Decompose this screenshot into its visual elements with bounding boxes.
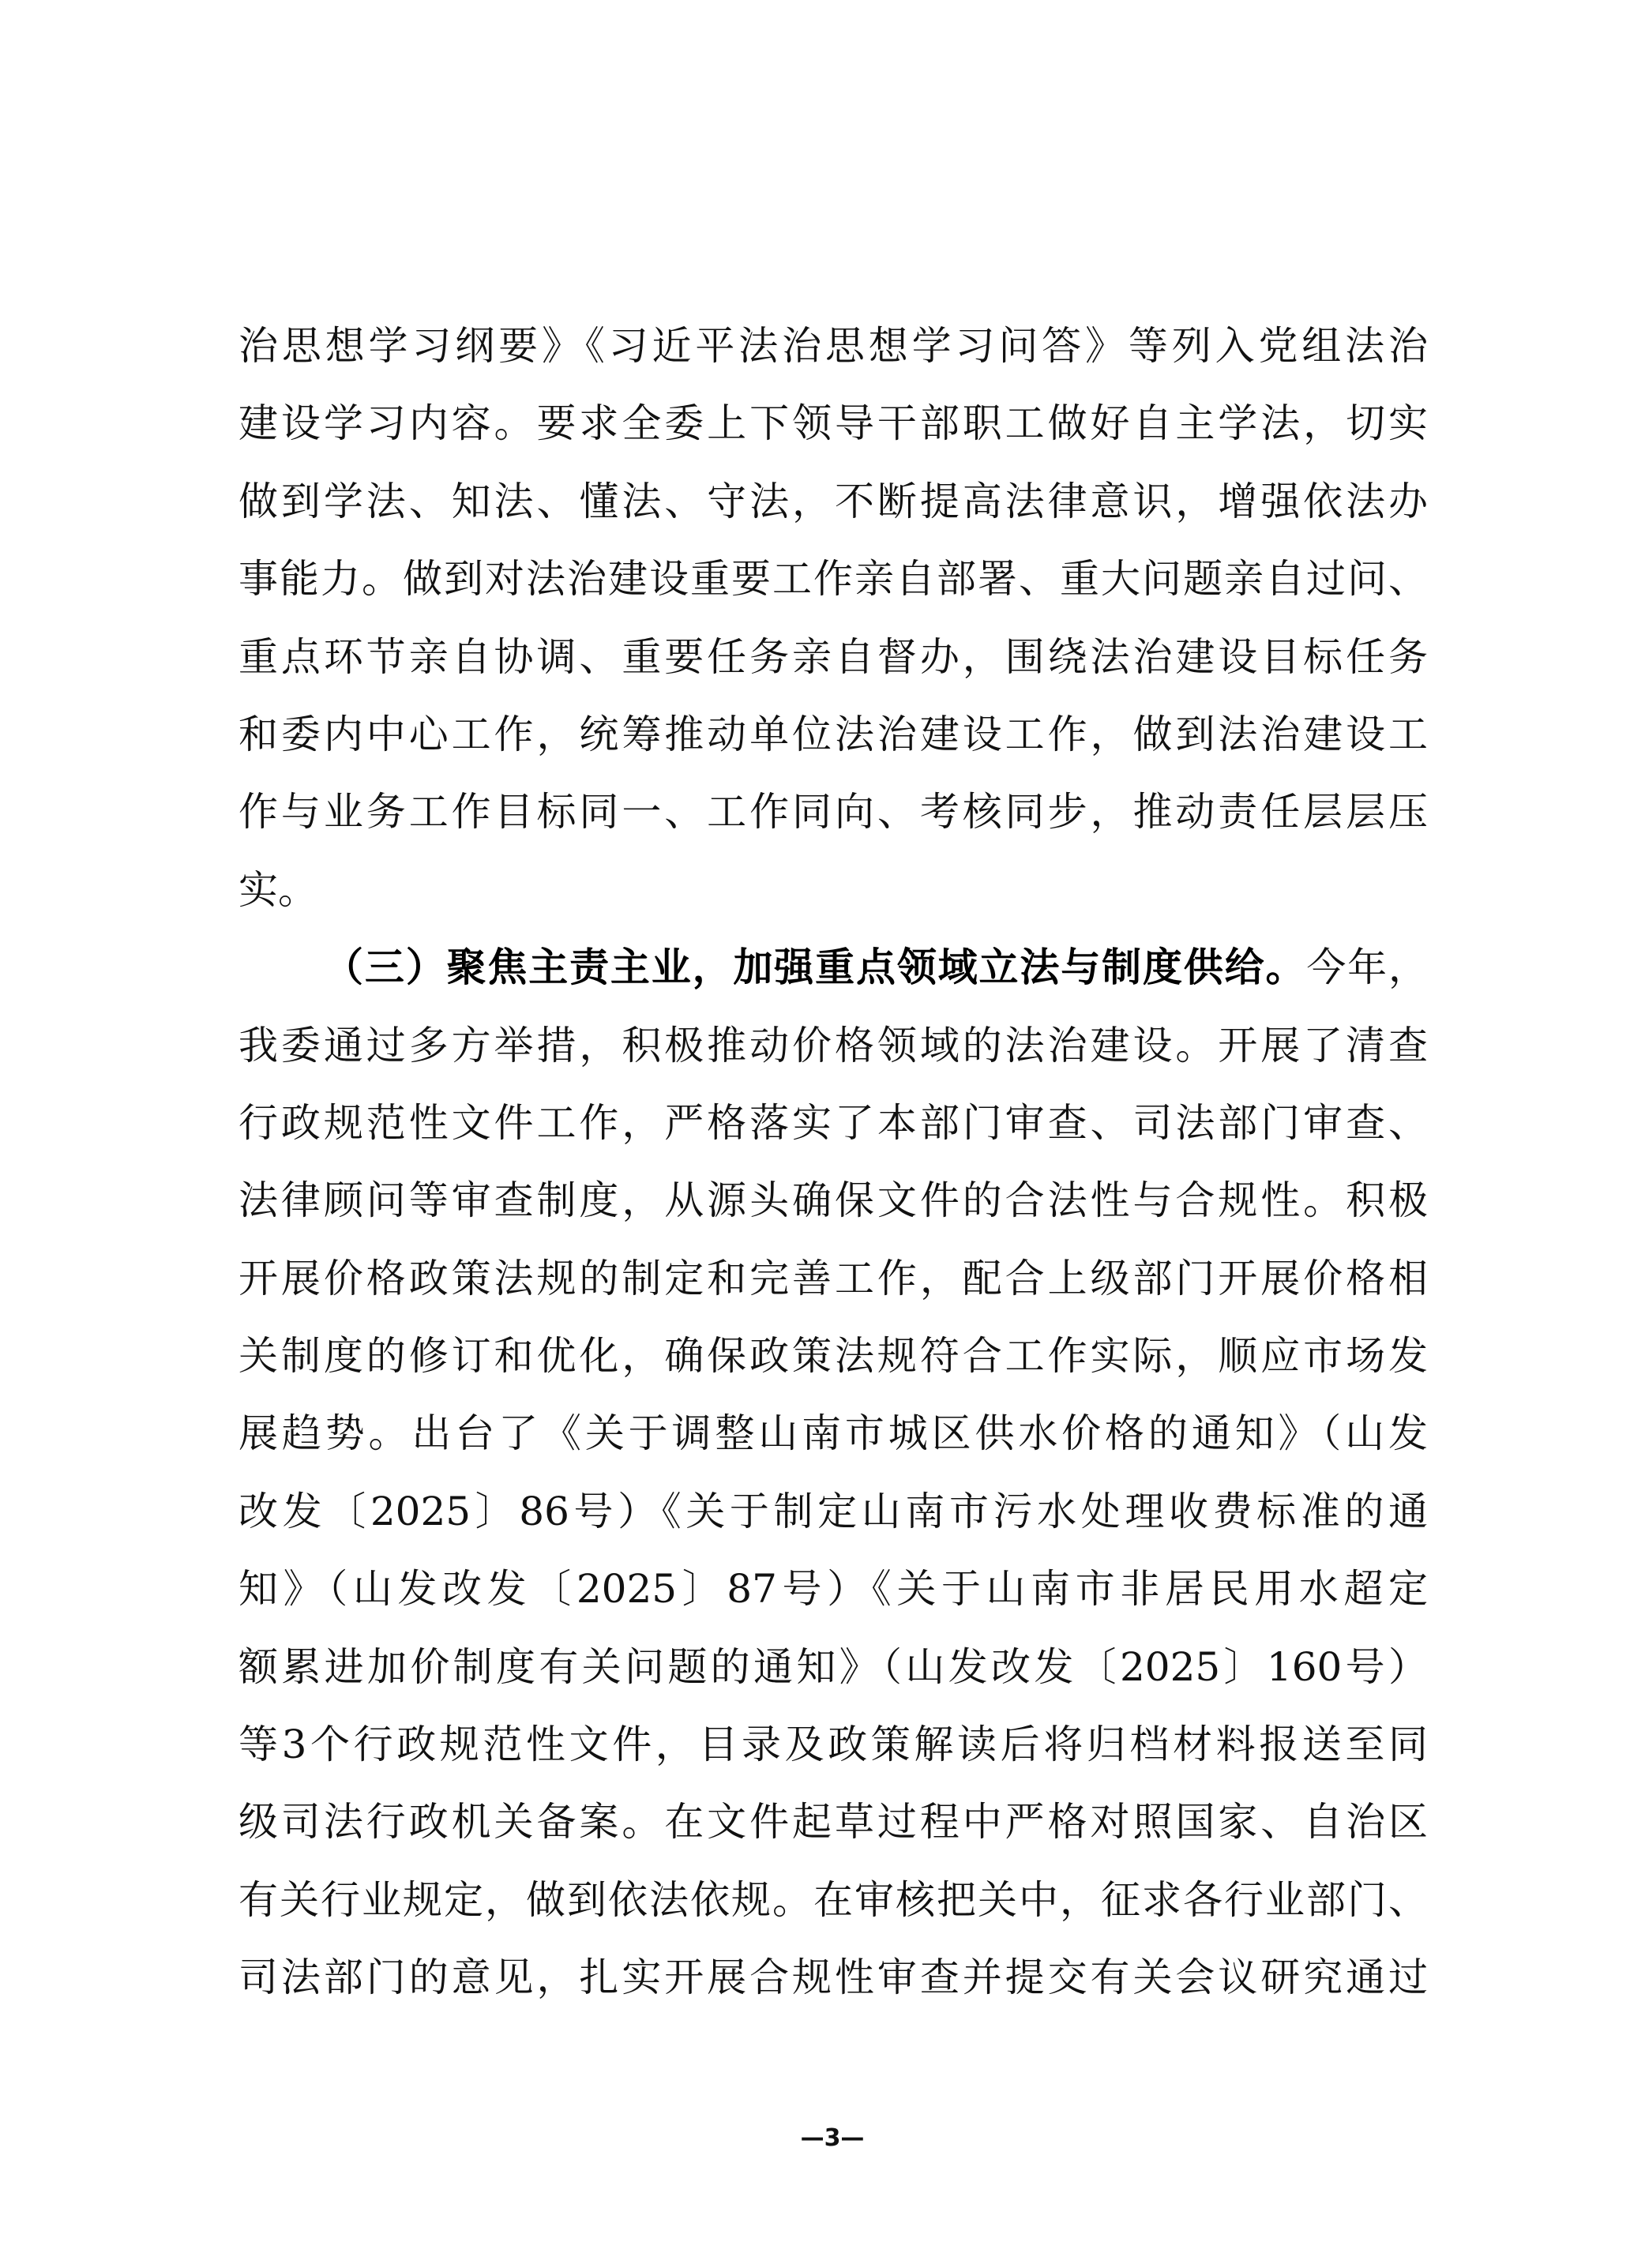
text-line: 展趋势。出台了《关于调整山南市城区供水价格的通知》（山发: [238, 1403, 1428, 1481]
document-page: 治思想学习纲要》《习近平法治思想学习问答》等列入党组法治 建设学习内容。要求全委…: [0, 0, 1630, 2268]
text-line: 法律顾问等审查制度，从源头确保文件的合法性与合规性。积极: [238, 1170, 1428, 1248]
text-line: 额累进加价制度有关问题的通知》（山发改发〔2025〕160号）: [238, 1637, 1428, 1714]
text-line: 知》（山发改发〔2025〕87号）《关于山南市非居民用水超定: [238, 1559, 1428, 1636]
text-line: 重点环节亲自协调、重要任务亲自督办，围绕法治建设目标任务: [238, 627, 1428, 704]
section-heading-line: （三）聚焦主责主业，加强重点领域立法与制度供给。今年，: [238, 937, 1428, 1015]
text-line: 作与业务工作目标同一、工作同向、考核同步，推动责任层层压: [238, 782, 1428, 859]
text-line: 有关行业规定，做到依法依规。在审核把关中，征求各行业部门、: [238, 1870, 1428, 1947]
body-text: 治思想学习纲要》《习近平法治思想学习问答》等列入党组法治 建设学习内容。要求全委…: [238, 316, 1428, 2026]
text-line: 关制度的修订和优化，确保政策法规符合工作实际，顺应市场发: [238, 1326, 1428, 1403]
text-line: 做到学法、知法、懂法、守法，不断提高法律意识，增强依法办: [238, 471, 1428, 549]
text-line: 改发〔2025〕86号）《关于制定山南市污水处理收费标准的通: [238, 1481, 1428, 1559]
heading-trailing-text: 今年，: [1306, 944, 1428, 990]
text-line: 开展价格政策法规的制定和完善工作，配合上级部门开展价格相: [238, 1249, 1428, 1326]
text-line: 行政规范性文件工作，严格落实了本部门审查、司法部门审查、: [238, 1093, 1428, 1170]
text-line: 治思想学习纲要》《习近平法治思想学习问答》等列入党组法治: [238, 316, 1428, 393]
text-line: 级司法行政机关备案。在文件起草过程中严格对照国家、自治区: [238, 1792, 1428, 1869]
text-line: 等3个行政规范性文件，目录及政策解读后将归档材料报送至同: [238, 1714, 1428, 1792]
text-line: 和委内中心工作，统筹推动单位法治建设工作，做到法治建设工: [238, 704, 1428, 782]
text-line: 建设学习内容。要求全委上下领导干部职工做好自主学法，切实: [238, 393, 1428, 471]
section-heading: （三）聚焦主责主业，加强重点领域立法与制度供给。: [324, 944, 1306, 990]
page-number: —3—: [753, 2123, 911, 2154]
text-line: 我委通过多方举措，积极推动价格领域的法治建设。开展了清查: [238, 1016, 1428, 1093]
text-line: 事能力。做到对法治建设重要工作亲自部署、重大问题亲自过问、: [238, 549, 1428, 626]
text-line: 司法部门的意见，扎实开展合规性审查并提交有关会议研究通过: [238, 1947, 1428, 2025]
text-line: 实。: [238, 860, 1428, 937]
